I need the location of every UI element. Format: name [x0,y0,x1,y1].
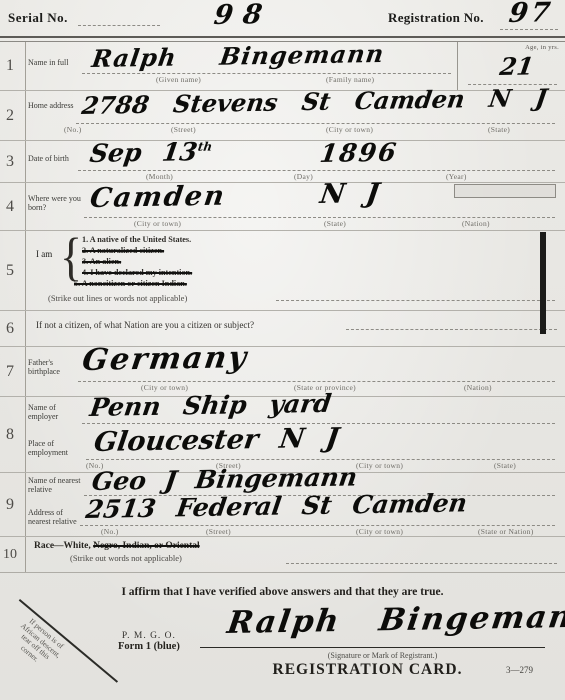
sublabel-employment-state: (State) [494,462,516,470]
race-strike-note: (Strike out words not applicable) [70,553,182,563]
serial-number-label: Serial No. [8,10,68,26]
question-10-content: Race—White, Negro, Indian, or Oriental (… [26,537,565,572]
question-9-row: 9 Name of nearest relative Geo J Bingema… [0,472,565,536]
handwritten-employer: Penn Ship yard [88,389,333,422]
handwritten-birthplace-state: N J [318,178,381,210]
birth-dotted-line [78,170,555,171]
registration-number-label: Registration No. [388,10,484,26]
registration-dotted-line [500,29,558,30]
employer-name-label: Name of employer [28,403,78,421]
strike-out-note: (Strike out lines or words not applicabl… [48,293,187,303]
not-citizen-dotted-line [346,329,557,330]
question-6-numcell: 6 [0,311,26,346]
relative-name-label: Name of nearest relative [28,476,84,494]
handwritten-age: 21 [498,51,536,81]
corner-tear-note: If person is of African descent, tear of… [8,615,68,673]
citizenship-dotted-line [276,300,555,301]
question-5-content: I am { 1. A native of the United States.… [26,231,565,310]
handwritten-birth-suffix: th [197,140,213,154]
where-born-dotted-line [84,217,555,218]
sublabel-city: (City or town) [326,126,373,134]
question-5-number: 5 [6,262,14,280]
handwritten-relative-address: 2513 Federal St Camden [84,488,469,524]
question-3-content: Date of birth Sep 13th 1896 (Month) (Day… [26,141,565,182]
printed-box-outline [454,184,556,198]
question-6-number: 6 [6,320,14,338]
question-9-number: 9 [6,496,14,514]
sublabel-born-nation: (Nation) [462,220,490,228]
question-1-number: 1 [6,57,14,75]
question-4-row: 4 Where were you born? Camden N J (City … [0,182,565,230]
where-born-label: Where were you born? [28,194,84,212]
registration-card: Serial No. 98 Registration No. 97 1 Name… [0,0,565,700]
question-8-row: 8 Name of employer Penn Ship yard Place … [0,396,565,472]
question-3-number: 3 [6,153,14,171]
affirmation-text: I affirm that I have verified above answ… [0,586,565,598]
signature-line [200,647,545,648]
question-4-numcell: 4 [0,183,26,230]
citizen-option-naturalized: 2. A naturalized citizen. [82,246,164,255]
form-number-text: Form 1 (blue) [118,641,180,652]
relative-address-dotted-line [80,525,555,526]
question-4-number: 4 [6,198,14,216]
sublabel-month: (Month) [146,173,173,181]
card-header: Serial No. 98 Registration No. 97 [0,0,565,36]
sublabel-street: (Street) [171,126,196,134]
handwritten-birthplace-city: Camden [88,181,228,214]
citizen-option-native: 1. A native of the United States. [82,235,191,244]
sublabel-relative-city: (City or town) [356,528,403,536]
citizen-option-alien: 3. An alien. [82,257,121,266]
question-7-numcell: 7 [0,347,26,396]
employment-place-label: Place of employment [28,439,82,457]
question-3-row: 3 Date of birth Sep 13th 1896 (Month) (D… [0,140,565,182]
question-1-content: Name in full Ralph Bingemann (Given name… [26,42,565,90]
question-1-row: 1 Name in full Ralph Bingemann (Given na… [0,42,565,90]
citizen-option-declarant: 4. I have declared my intention. [82,268,192,277]
race-dotted-line [286,563,557,564]
sublabel-father-nation: (Nation) [464,384,492,392]
question-10-row: 10 Race—White, Negro, Indian, or Orienta… [0,536,565,572]
question-2-number: 2 [6,107,14,125]
question-10-numcell: 10 [0,537,26,572]
handwritten-fathers-birthplace: Germany [80,340,250,378]
fathers-birthplace-dotted-line [78,381,555,382]
question-2-content: Home address 2788 Stevens St Camden N J … [26,91,565,140]
handwritten-birth-monthday: Sep 13th [88,137,214,168]
sublabel-state: (State) [488,126,510,134]
sublabel-family-name: (Family name) [326,76,374,84]
relative-address-label: Address of nearest relative [28,508,86,526]
handwritten-name: Ralph Bingemann [90,39,386,73]
question-6-content: If not a citizen, of what Nation are you… [26,311,565,346]
race-struck-values: Negro, Indian, or Oriental [93,541,200,551]
question-3-numcell: 3 [0,141,26,182]
sublabel-born-city: (City or town) [134,220,181,228]
question-1-numcell: 1 [0,42,26,90]
home-address-label: Home address [28,101,74,110]
question-2-numcell: 2 [0,91,26,140]
sublabel-no: (No.) [64,126,82,134]
name-dotted-line [82,73,451,74]
question-5-numcell: 5 [0,231,26,310]
sublabel-born-state: (State) [324,220,346,228]
question-8-numcell: 8 [0,397,26,472]
registration-card-title: REGISTRATION CARD. [200,661,535,679]
i-am-label: I am [36,249,52,259]
sublabel-relative-no: (No.) [101,528,119,536]
footer-code: 3—279 [506,665,533,675]
question-5-row: 5 I am { 1. A native of the United State… [0,230,565,310]
serial-dotted-line [78,25,160,26]
question-8-number: 8 [6,426,14,444]
race-kept-value: White, [64,541,91,551]
employment-place-dotted-line [86,459,555,460]
question-2-row: 2 Home address 2788 Stevens St Camden N … [0,90,565,140]
question-8-content: Name of employer Penn Ship yard Place of… [26,397,565,472]
sublabel-given-name: (Given name) [156,76,201,84]
name-label: Name in full [28,58,80,67]
pmgo-text: P. M. G. O. [118,631,180,641]
home-address-dotted-line [76,123,555,124]
date-of-birth-label: Date of birth [28,154,78,163]
race-label: Race [34,541,54,551]
sublabel-employment-city: (City or town) [356,462,403,470]
handwritten-signature: Ralph Bingemann [225,599,565,641]
sublabel-day: (Day) [294,173,313,181]
handwritten-birth-year: 1896 [318,138,400,168]
handwritten-employment-place: Gloucester N J [92,423,341,458]
sublabel-relative-state-nation: (State or Nation) [478,528,534,536]
brace-glyph: { [60,231,82,284]
citizen-option-noncitizen-indian: 5. A noncitizen or citizen Indian. [74,279,187,288]
signature-caption: (Signature or Mark of Registrant.) [230,651,535,660]
question-9-numcell: 9 [0,473,26,536]
serial-number-value: 98 [212,0,274,31]
question-7-number: 7 [6,363,14,381]
fathers-birthplace-label: Father's birthplace [28,358,78,376]
question-4-content: Where were you born? Camden N J (City or… [26,183,565,230]
registration-number-value: 97 [507,0,555,29]
question-9-content: Name of nearest relative Geo J Bingemann… [26,473,565,536]
form-id-block: P. M. G. O. Form 1 (blue) [118,631,180,652]
not-citizen-question-label: If not a citizen, of what Nation are you… [36,320,254,330]
question-10-number: 10 [3,547,17,563]
scan-edge-artifact [540,232,546,334]
card-footer: I affirm that I have verified above answ… [0,572,565,700]
race-line: Race—White, Negro, Indian, or Oriental [34,541,200,551]
question-7-row: 7 Father's birthplace Germany (City or t… [0,346,565,396]
sublabel-year: (Year) [446,173,467,181]
sublabel-relative-street: (Street) [206,528,231,536]
question-6-row: 6 If not a citizen, of what Nation are y… [0,310,565,346]
